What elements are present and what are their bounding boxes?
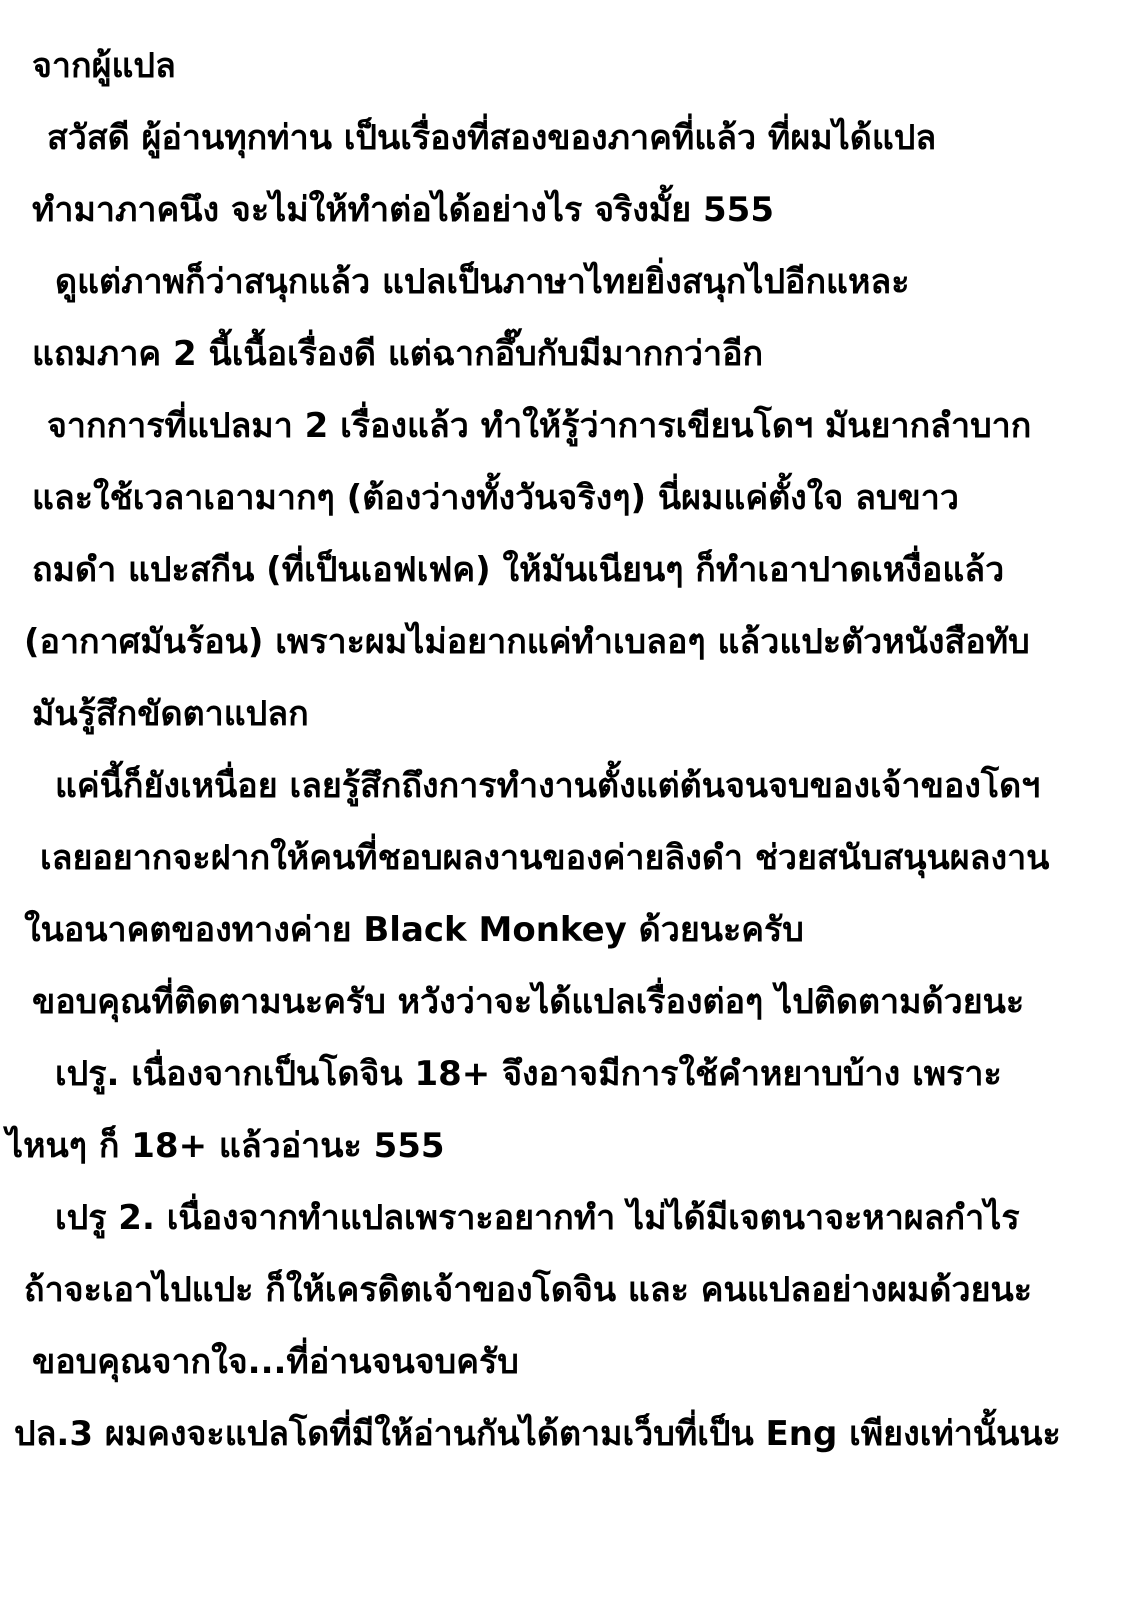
note-line: เลยอยากจะฝากให้คนที่ชอบผลงานของค่ายลิงดำ…: [0, 822, 1132, 894]
note-line: ถมดำ แปะสกีน (ที่เป็นเอฟเฟค) ให้มันเนียน…: [0, 534, 1132, 606]
note-line: ขอบคุณที่ติดตามนะครับ หวังว่าจะได้แปลเรื…: [0, 966, 1132, 1038]
note-line: ไหนๆ ก็ 18+ แล้วอ่านะ 555: [0, 1110, 1132, 1182]
note-line: ทำมาภาคนึง จะไม่ให้ทำต่อได้อย่างไร จริงม…: [0, 174, 1132, 246]
note-line-ps1: เปรู. เนื่องจากเป็นโดจิน 18+ จึงอาจมีการ…: [0, 1038, 1132, 1110]
note-line: (อากาศมันร้อน) เพราะผมไม่อยากแค่ทำเบลอๆ …: [0, 606, 1132, 678]
translator-note-page: จากผู้แปล สวัสดี ผู้อ่านทุกท่าน เป็นเรื่…: [0, 0, 1132, 1600]
note-line: ดูแต่ภาพก็ว่าสนุกแล้ว แปลเป็นภาษาไทยยิ่ง…: [0, 246, 1132, 318]
note-line: ขอบคุณจากใจ...ที่อ่านจนจบครับ: [0, 1326, 1132, 1398]
note-text-block: จากผู้แปล สวัสดี ผู้อ่านทุกท่าน เป็นเรื่…: [0, 0, 1132, 1470]
note-line: และใช้เวลาเอามากๆ (ต้องว่างทั้งวันจริงๆ)…: [0, 462, 1132, 534]
note-line-heading: จากผู้แปล: [0, 30, 1132, 102]
note-line-ps2: เปรู 2. เนื่องจากทำแปลเพราะอยากทำ ไม่ได้…: [0, 1182, 1132, 1254]
note-line: สวัสดี ผู้อ่านทุกท่าน เป็นเรื่องที่สองขอ…: [0, 102, 1132, 174]
note-line: แค่นี้ก็ยังเหนื่อย เลยรู้สึกถึงการทำงานต…: [0, 750, 1132, 822]
note-line: แถมภาค 2 นี้เนื้อเรื่องดี แต่ฉากอึ๊บกับม…: [0, 318, 1132, 390]
note-line: ในอนาคตของทางค่าย Black Monkey ด้วยนะครั…: [0, 894, 1132, 966]
note-line-ps3: ปล.3 ผมคงจะแปลโดที่มีให้อ่านกันได้ตามเว็…: [0, 1398, 1132, 1470]
note-line: มันรู้สึกขัดตาแปลก: [0, 678, 1132, 750]
note-line: ถ้าจะเอาไปแปะ ก็ให้เครดิตเจ้าของโดจิน แล…: [0, 1254, 1132, 1326]
note-line: จากการที่แปลมา 2 เรื่องแล้ว ทำให้รู้ว่าก…: [0, 390, 1132, 462]
